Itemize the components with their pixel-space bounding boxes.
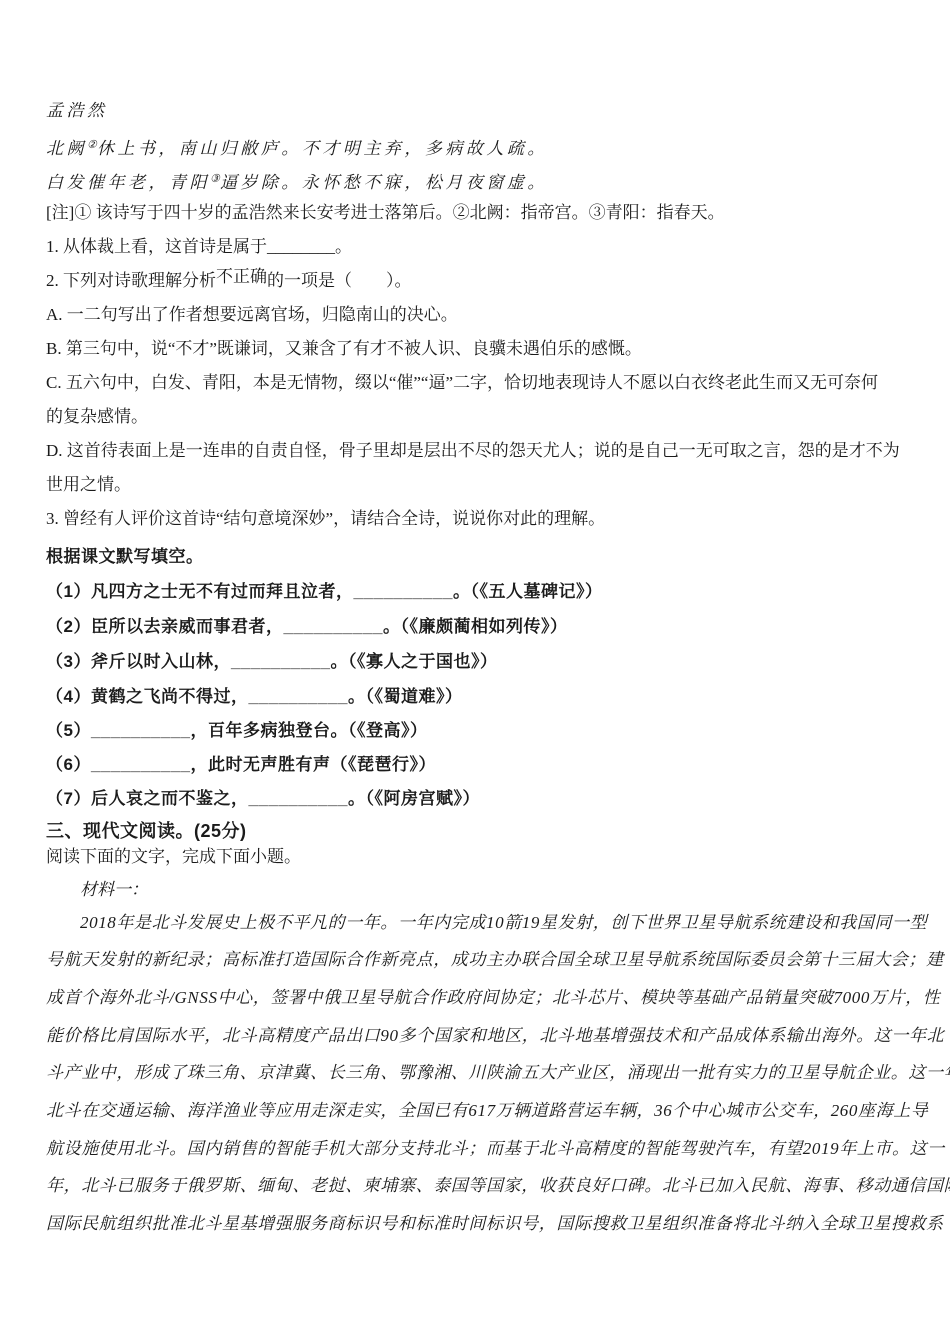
- poem-author: 孟浩然: [46, 101, 906, 121]
- option-b: B. 第三句中，说“不才”既谦词，又兼含了有才不被人识、良骥未遇伯乐的感慨。: [46, 339, 906, 359]
- question-3: 3. 曾经有人评价这首诗“结句意境深妙”，请结合全诗，说说你对此的理解。: [46, 509, 906, 529]
- dictation-item-2: （2）臣所以去亲威而事君者，__________。（《廉颇蔺相如列传》）: [46, 617, 906, 637]
- dictation-item-3: （3）斧斤以时入山林，__________。（《寡人之于国也》）: [46, 652, 906, 672]
- option-d-line-1: D. 这首待表面上是一连串的自责自怪，骨子里却是层出不尽的怨天尤人；说的是自己一…: [46, 441, 906, 461]
- option-c-line-1: C. 五六句中，白发、青阳，本是无情物，缀以“催”“逼”二字，恰切地表现诗人不愿…: [46, 373, 906, 393]
- dictation-header: 根据课文默写填空。: [46, 547, 906, 567]
- dictation-item-4: （4）黄鹤之飞尚不得过，__________。（《蜀道难》）: [46, 687, 906, 707]
- option-c-line-2: 的复杂感情。: [46, 407, 906, 427]
- material-paragraph-line-6: 北斗在交通运输、海洋渔业等应用走深走实，全国已有617万辆道路营运车辆，36个中…: [46, 1101, 906, 1121]
- material-paragraph-line-2: 号航天发射的新纪录；高标准打造国际合作新亮点，成功主办联合国全球卫星导航系统国际…: [46, 950, 906, 970]
- question-2-rest: 的一项是（ ）。: [267, 271, 412, 290]
- question-2-emphasis: 不正确: [216, 267, 267, 286]
- poem-line-2: 白发催年老，青阳③逼岁除。永怀愁不寐，松月夜窗虚。: [46, 169, 906, 193]
- material-paragraph-line-8: 年，北斗已服务于俄罗斯、缅甸、老挝、柬埔寨、泰国等国家，收获良好口碑。北斗已加入…: [46, 1176, 906, 1196]
- poem-line-1-text: 北阙: [46, 139, 87, 158]
- material-paragraph-line-3: 成首个海外北斗/GNSS中心，签署中俄卫星导航合作政府间协定；北斗芯片、模块等基…: [46, 988, 906, 1008]
- option-d-line-2: 世用之情。: [46, 475, 906, 495]
- dictation-item-1: （1）凡四方之士无不有过而拜且泣者，__________。（《五人墓碑记》）: [46, 582, 906, 602]
- poem-line-2-text: 白发催年老，青阳: [46, 173, 210, 192]
- material-paragraph-line-7: 航设施使用北斗。国内销售的智能手机大部分支持北斗；而基于北斗高精度的智能驾驶汽车…: [46, 1139, 906, 1159]
- poem-line-1-rest: 休上书，南山归敝庐。不才明主弃，多病故人疏。: [97, 139, 548, 158]
- footnote-marker-2: ②: [87, 139, 97, 151]
- material-paragraph-line-5: 斗产业中，形成了珠三角、京津冀、长三角、鄂豫湘、川陕渝五大产业区，涌现出一批有实…: [46, 1063, 906, 1083]
- material-paragraph-line-1: 2018年是北斗发展史上极不平凡的一年。一年内完成10箭19星发射，创下世界卫星…: [80, 913, 906, 933]
- material-paragraph-line-4: 能价格比肩国际水平，北斗高精度产品出口90多个国家和地区，北斗地基增强技术和产品…: [46, 1026, 906, 1046]
- section-header-reading: 三、现代文阅读。(25分): [46, 821, 906, 841]
- dictation-item-7: （7）后人哀之而不鉴之，__________。（《阿房宫赋》）: [46, 789, 906, 809]
- reading-intro: 阅读下面的文字，完成下面小题。: [46, 847, 906, 867]
- poem-footnote: [注]① 该诗写于四十岁的孟浩然来长安考进士落第后。②北阙：指帝宫。③青阳：指春…: [46, 203, 906, 223]
- material-one-label: 材料一：: [80, 880, 906, 900]
- question-1: 1. 从体裁上看，这首诗是属于________。: [46, 237, 906, 257]
- question-2-text: 2. 下列对诗歌理解分析: [46, 271, 216, 290]
- footnote-marker-3: ③: [210, 173, 220, 185]
- poem-line-2-rest: 逼岁除。永怀愁不寐，松月夜窗虚。: [220, 173, 548, 192]
- material-paragraph-line-9: 国际民航组织批准北斗星基增强服务商标识号和标准时间标识号，国际搜救卫星组织准备将…: [46, 1214, 906, 1234]
- poem-line-1: 北阙②休上书，南山归敝庐。不才明主弃，多病故人疏。: [46, 135, 906, 159]
- option-a: A. 一二句写出了作者想要远离官场，归隐南山的决心。: [46, 305, 906, 325]
- dictation-item-5: （5）__________，百年多病独登台。（《登高》）: [46, 721, 906, 741]
- exam-document-page: 孟浩然 北阙②休上书，南山归敝庐。不才明主弃，多病故人疏。 白发催年老，青阳③逼…: [0, 0, 950, 1344]
- question-2: 2. 下列对诗歌理解分析不正确的一项是（ ）。: [46, 271, 906, 291]
- dictation-item-6: （6）__________，此时无声胜有声（《琵琶行》）: [46, 755, 906, 775]
